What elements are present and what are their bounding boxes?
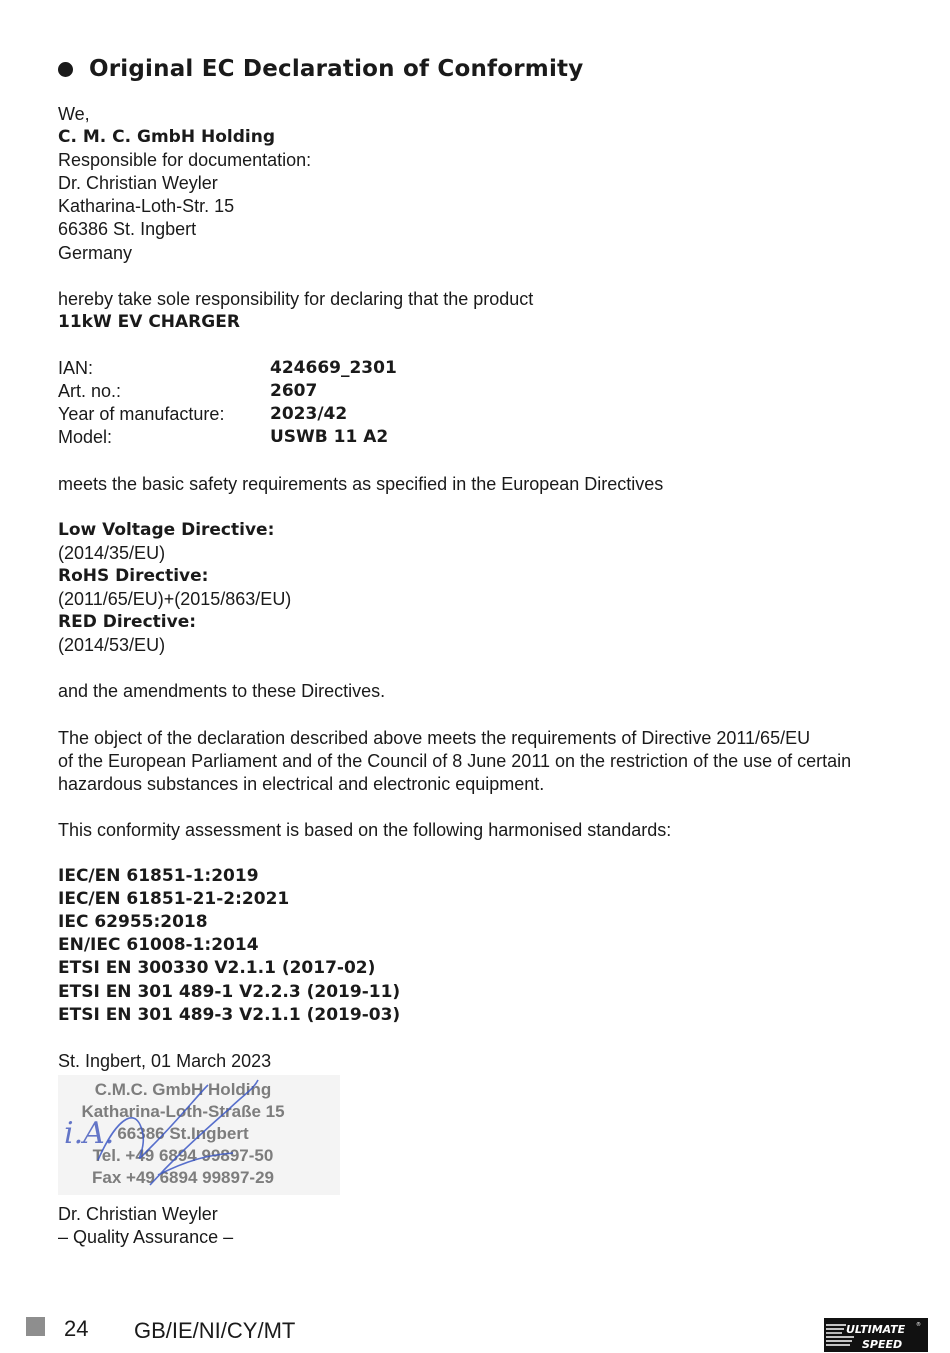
amendments-text: and the amendments to these Directives. (58, 680, 898, 703)
address-street: Katharina-Loth-Str. 15 (58, 195, 898, 218)
address-city: 66386 St. Ingbert (58, 218, 898, 241)
svg-text:®: ® (916, 1321, 921, 1328)
signatory-name: Dr. Christian Weyler (58, 1203, 898, 1226)
standards-list: IEC/EN 61851-1:2019 IEC/EN 61851-21-2:20… (58, 865, 898, 1027)
company-stamp: C.M.C. GmbH Holding Katharina-Loth-Straß… (58, 1075, 340, 1195)
svg-text:SPEED: SPEED (862, 1338, 902, 1351)
title-text: Original EC Declaration of Conformity (89, 56, 583, 82)
standard-item: ETSI EN 301 489-1 V2.2.3 (2019-11) (58, 981, 898, 1004)
paragraph-line: hazardous substances in electrical and e… (58, 773, 898, 796)
svg-text:ULTIMATE: ULTIMATE (846, 1323, 906, 1336)
directive-ref: (2014/53/EU) (58, 634, 898, 657)
paragraph-line: of the European Parliament and of the Co… (58, 750, 898, 773)
ultimate-speed-logo: ULTIMATE SPEED ® (824, 1318, 928, 1352)
detail-row: Model: USWB 11 A2 (58, 426, 898, 449)
country-codes: GB/IE/NI/CY/MT (134, 1318, 295, 1344)
detail-row: Year of manufacture: 2023/42 (58, 403, 898, 426)
directive-ref: (2011/65/EU)+(2015/863/EU) (58, 588, 898, 611)
detail-label: Art. no.: (58, 380, 270, 403)
signature-icon: i.A. (58, 1075, 340, 1195)
product-name: 11kW EV CHARGER (58, 311, 898, 334)
standard-item: ETSI EN 300330 V2.1.1 (2017-02) (58, 957, 898, 980)
standard-item: EN/IEC 61008-1:2014 (58, 934, 898, 957)
detail-label: Model: (58, 426, 270, 449)
detail-row: Art. no.: 2607 (58, 380, 898, 403)
product-statement: hereby take sole responsibility for decl… (58, 288, 898, 311)
detail-value: USWB 11 A2 (270, 426, 388, 449)
we-text: We, (58, 103, 898, 126)
standard-item: IEC 62955:2018 (58, 911, 898, 934)
paragraph-line: The object of the declaration described … (58, 727, 898, 750)
page-title: Original EC Declaration of Conformity (58, 56, 583, 82)
standard-item: IEC/EN 61851-1:2019 (58, 865, 898, 888)
responsible-person: Dr. Christian Weyler (58, 172, 898, 195)
company-name: C. M. C. GmbH Holding (58, 126, 898, 149)
svg-text:i.A.: i.A. (64, 1116, 114, 1151)
detail-row: IAN: 424669_2301 (58, 357, 898, 380)
standard-item: IEC/EN 61851-21-2:2021 (58, 888, 898, 911)
standards-intro: This conformity assessment is based on t… (58, 819, 898, 842)
detail-label: Year of manufacture: (58, 403, 270, 426)
responsible-label: Responsible for documentation: (58, 149, 898, 172)
detail-value: 2023/42 (270, 403, 347, 426)
rohs-paragraph: The object of the declaration described … (58, 727, 898, 796)
directive-name: Low Voltage Directive: (58, 519, 898, 542)
bullet-icon (58, 62, 73, 77)
directives-list: Low Voltage Directive: (2014/35/EU) RoHS… (58, 519, 898, 658)
detail-label: IAN: (58, 357, 270, 380)
detail-value: 2607 (270, 380, 317, 403)
directive-ref: (2014/35/EU) (58, 542, 898, 565)
signatory-role: – Quality Assurance – (58, 1226, 898, 1249)
product-details: IAN: 424669_2301 Art. no.: 2607 Year of … (58, 357, 898, 449)
directive-name: RED Directive: (58, 611, 898, 634)
detail-value: 424669_2301 (270, 357, 397, 380)
footer-marker-icon (26, 1317, 45, 1336)
page-number: 24 (64, 1316, 88, 1342)
directive-name: RoHS Directive: (58, 565, 898, 588)
address-country: Germany (58, 242, 898, 265)
standard-item: ETSI EN 301 489-3 V2.1.1 (2019-03) (58, 1004, 898, 1027)
requirements-statement: meets the basic safety requirements as s… (58, 473, 898, 496)
place-date: St. Ingbert, 01 March 2023 (58, 1050, 898, 1073)
declaration-body: We, C. M. C. GmbH Holding Responsible fo… (58, 103, 898, 1249)
